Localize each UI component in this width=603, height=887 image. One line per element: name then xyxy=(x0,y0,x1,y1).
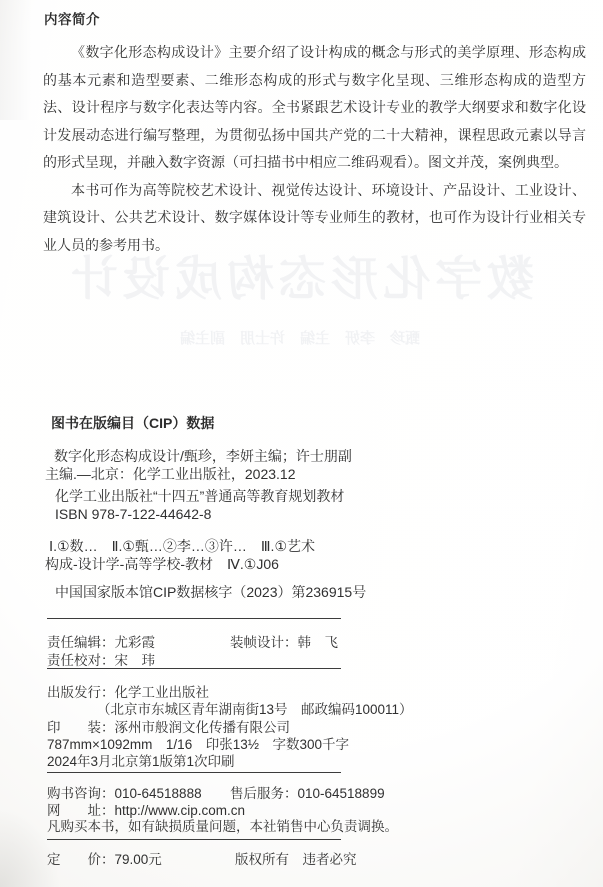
service-phone: 售后服务：010-64518899 xyxy=(230,782,385,802)
replacement-notice: 凡购买本书，如有缺损质量问题，本社销售中心负责调换。 xyxy=(47,815,398,835)
price: 定 价：79.00元 xyxy=(47,848,162,868)
responsible-proofreader: 责任校对：宋 玮 xyxy=(47,649,155,669)
responsible-editor: 责任编辑：尤彩霞 xyxy=(47,631,155,651)
binding-designer: 装帧设计：韩 飞 xyxy=(230,631,338,651)
divider-line xyxy=(47,772,341,773)
cip-record-number: 中国国家版本馆CIP数据核字（2023）第236915号 xyxy=(55,582,366,602)
cip-classification-line: 构成-设计学-高等学校-教材 Ⅳ.①J06 xyxy=(45,554,279,574)
edition-info: 2024年3月北京第1版第1次印刷 xyxy=(47,750,235,770)
intro-body: 《数字化形态构成设计》主要介绍了设计构成的概念与形式的美学原理、形态构成的基本元… xyxy=(43,39,586,259)
cip-book-line: 主编.—北京：化学工业出版社，2023.12 xyxy=(45,464,296,484)
cip-book-line: 数字化形态构成设计/甄珍，李妍主编；许士朋副 xyxy=(54,446,352,466)
book-copyright-page: 内容简介 《数字化形态构成设计》主要介绍了设计构成的概念与形式的美学原理、形态构… xyxy=(0,0,603,887)
intro-paragraph-1: 《数字化形态构成设计》主要介绍了设计构成的概念与形式的美学原理、形态构成的基本元… xyxy=(43,39,586,177)
cip-book-line: 化学工业出版社“十四五”普通高等教育规划教材 xyxy=(55,486,344,506)
showthrough-authors: 甄珍 李妍 主编 许士朋 副主编 xyxy=(90,327,510,348)
cip-classification-line: Ⅰ.①数… Ⅱ.①甄…②李…③许… Ⅲ.①艺术 xyxy=(49,536,315,556)
cip-isbn: ISBN 978-7-122-44642-8 xyxy=(55,506,211,522)
photo-smudge xyxy=(0,0,40,120)
colophon-block: 责任编辑：尤彩霞 装帧设计：韩 飞 责任校对：宋 玮 出版发行：化学工业出版社 … xyxy=(47,617,341,887)
copyright-notice: 版权所有 违者必究 xyxy=(235,848,357,868)
divider-line xyxy=(47,618,341,619)
divider-line xyxy=(47,668,341,669)
showthrough-title: 数字化形态构成设计 xyxy=(30,242,570,309)
intro-heading: 内容简介 xyxy=(44,8,100,28)
cip-heading: 图书在版编目（CIP）数据 xyxy=(51,413,214,433)
publisher-address: （北京市东城区青年湖南街13号 邮政编码100011） xyxy=(97,698,413,718)
divider-line xyxy=(47,839,341,840)
